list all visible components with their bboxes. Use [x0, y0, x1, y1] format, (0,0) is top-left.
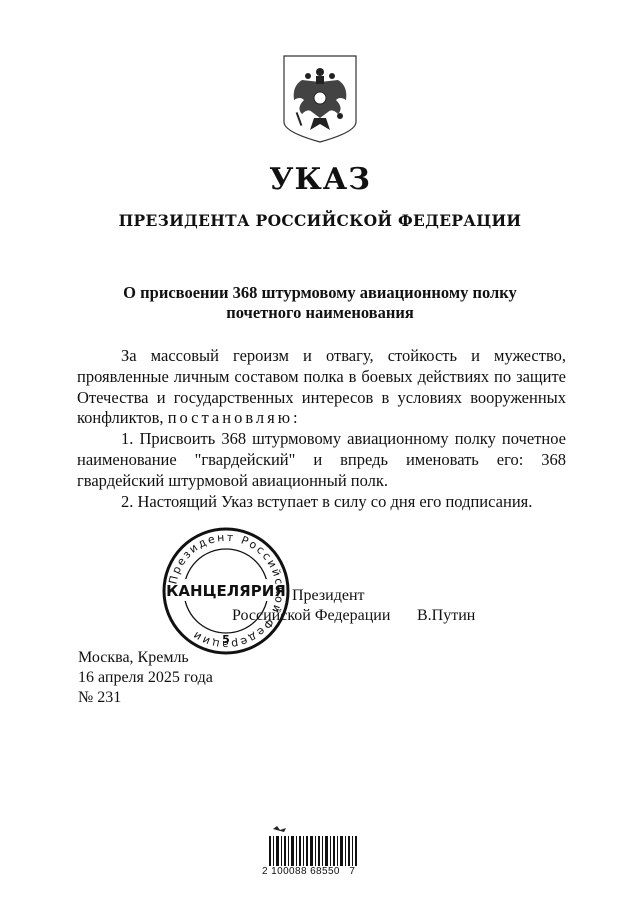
signature-title: Президент — [292, 587, 365, 605]
stamp-number: 5 — [222, 633, 230, 646]
clause-1: 1. Присвоить 368 штурмовому авиационному… — [77, 429, 566, 491]
barcode-number: 2 100088 68550 7 — [262, 866, 355, 877]
issue-date: 16 апреля 2025 года — [78, 668, 213, 688]
preamble-text: За массовый героизм и отвагу, стойкость … — [77, 346, 566, 427]
issue-place: Москва, Кремль — [78, 648, 213, 668]
preamble: За массовый героизм и отвагу, стойкость … — [77, 346, 566, 429]
signature-org: Российской Федерации — [232, 607, 390, 625]
barcode-icon — [265, 826, 375, 866]
decree-word: постановляю: — [168, 408, 301, 427]
signature-name: В.Путин — [417, 607, 475, 625]
heading-line-2: почетного наименования — [100, 303, 540, 323]
stamp-center-text: КАНЦЕЛЯРИЯ — [166, 582, 286, 600]
heading-line-1: О присвоении 368 штурмовому авиационному… — [100, 283, 540, 303]
clause-2: 2. Настоящий Указ вступает в силу со дня… — [77, 492, 566, 513]
document-subtitle: ПРЕЗИДЕНТА РОССИЙСКОЙ ФЕДЕРАЦИИ — [0, 211, 640, 230]
chancellery-stamp: Президент Российской Федерации КАНЦЕЛЯРИ… — [160, 525, 292, 657]
decree-number: № 231 — [78, 688, 213, 708]
decree-body: За массовый героизм и отвагу, стойкость … — [77, 346, 566, 512]
issue-details: Москва, Кремль 16 апреля 2025 года № 231 — [78, 648, 213, 708]
coat-of-arms-icon — [280, 52, 360, 144]
document-title: УКАЗ — [0, 162, 640, 197]
decree-heading: О присвоении 368 штурмовому авиационному… — [100, 283, 540, 323]
